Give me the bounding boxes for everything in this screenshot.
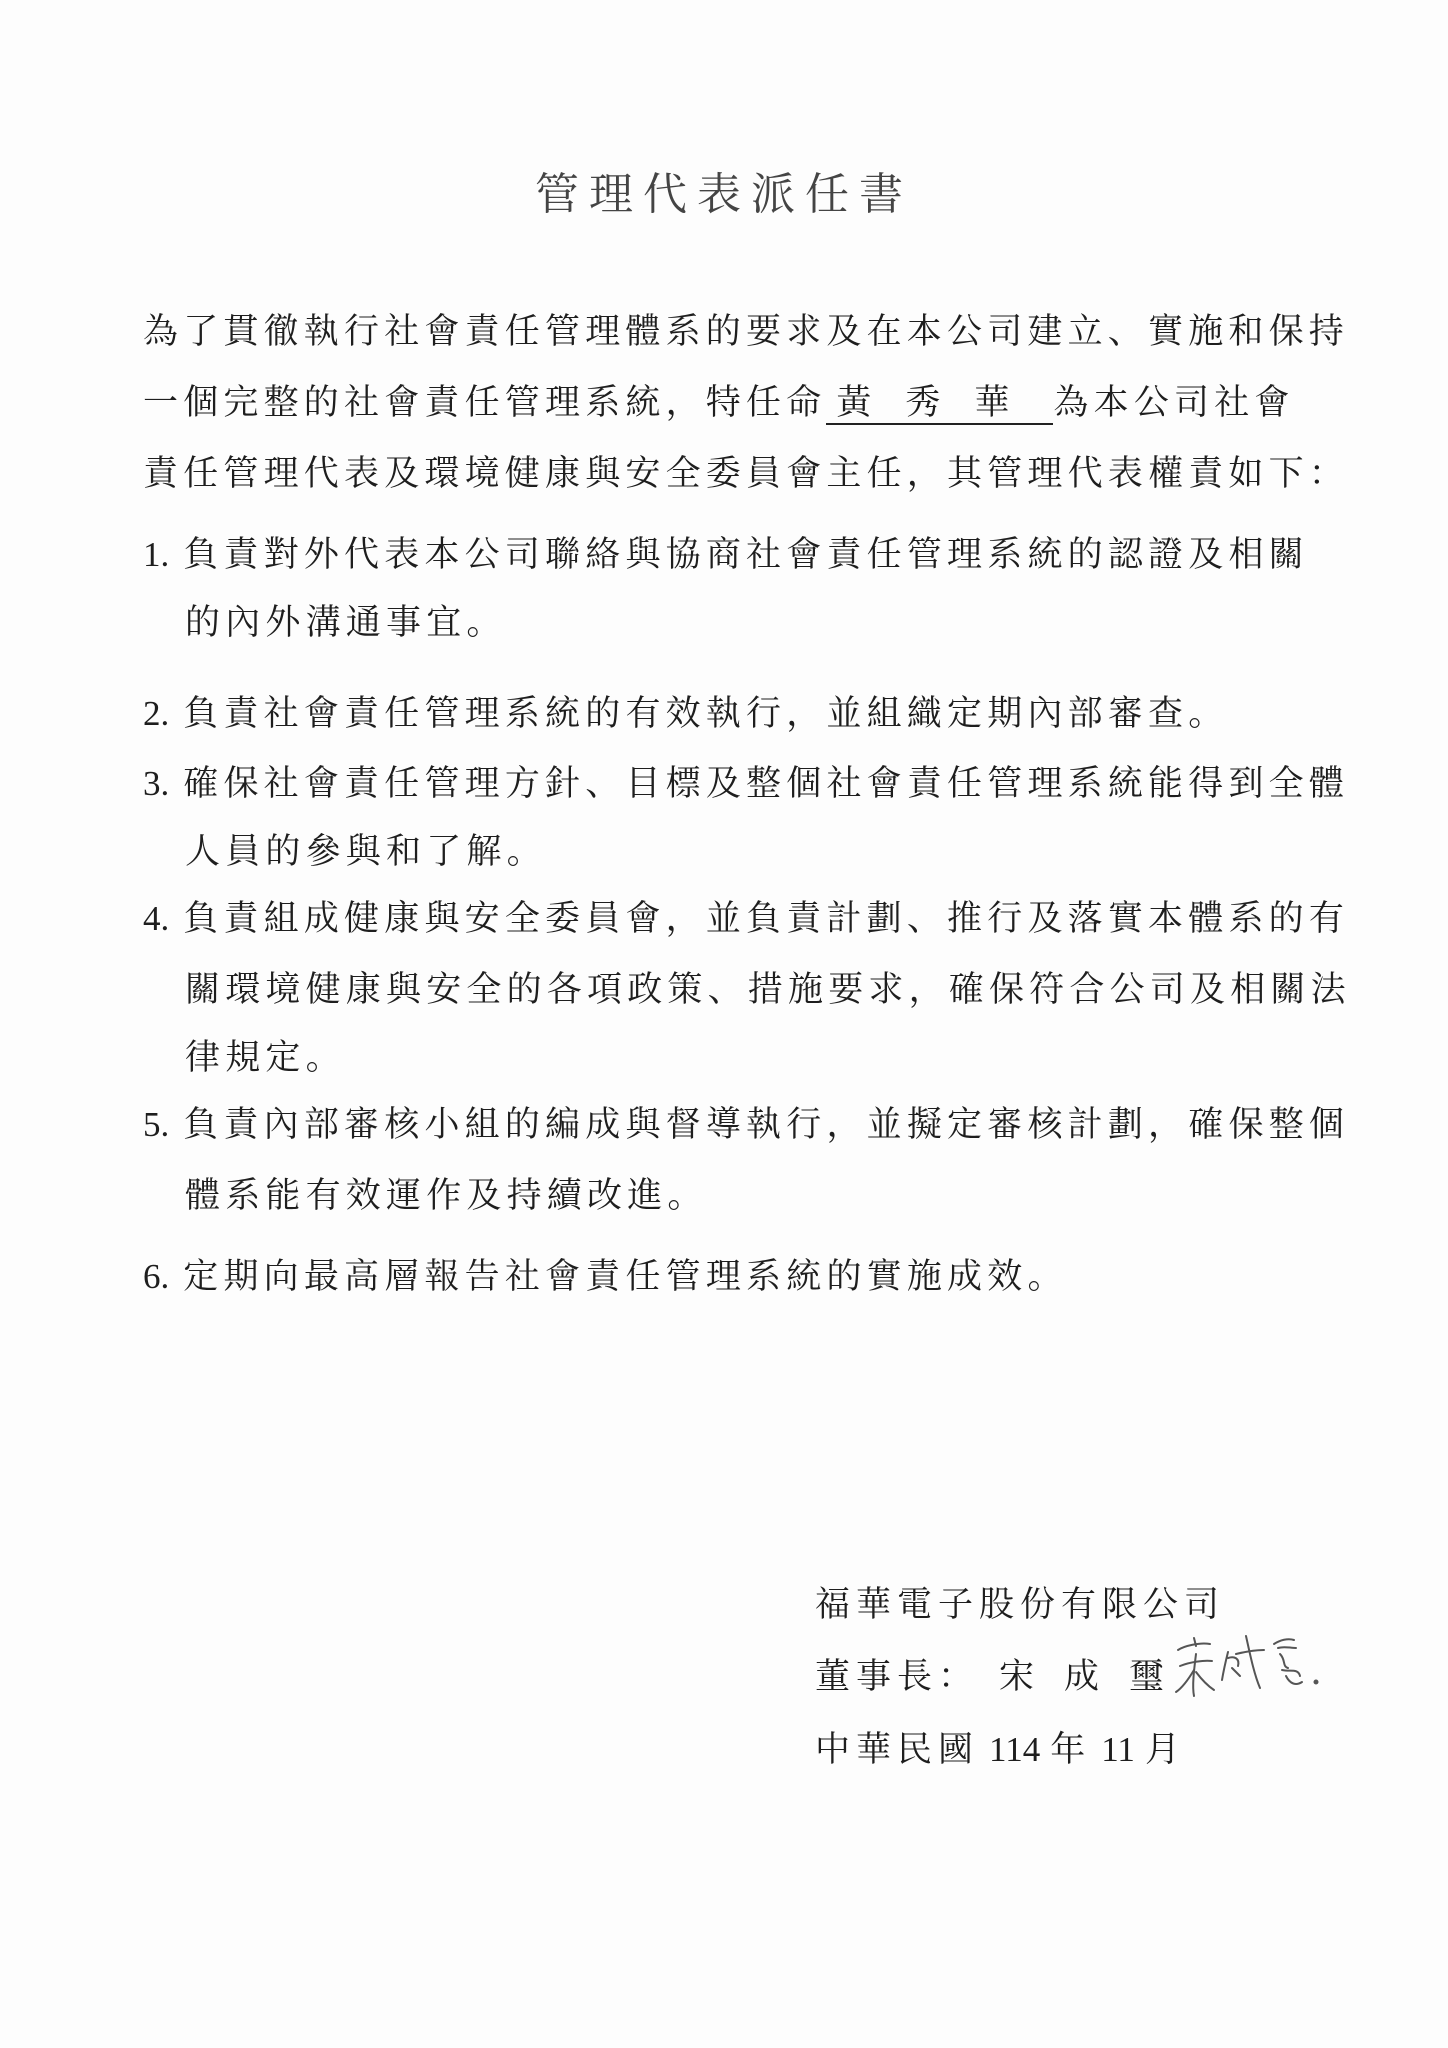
date-year-unit: 年 (1050, 1730, 1091, 1770)
list-item-line: 4.負責組成健康與安全委員會，並負責計劃、推行及落實本體系的有 (143, 897, 1349, 941)
chairman-label: 董事長： (815, 1657, 979, 1697)
company-name: 福華電子股份有限公司 (815, 1583, 1225, 1627)
item-text: 負責內部審核小組的編成與督導執行，並擬定審核計劃，確保整個 (183, 1105, 1349, 1145)
item-text: 負責組成健康與安全委員會，並負責計劃、推行及落實本體系的有 (183, 899, 1349, 939)
list-item-line: 的內外溝通事宜。 (185, 601, 507, 645)
appointee-name: 黃秀華 (826, 383, 1053, 425)
document-title: 管理代表派任書 (0, 158, 1448, 222)
item-text: 確保社會責任管理方針、目標及整個社會責任管理系統能得到全體 (183, 764, 1349, 804)
list-item-line: 1.負責對外代表本公司聯絡與協商社會責任管理系統的認證及相關 (143, 533, 1309, 577)
item-number: 5. (143, 1105, 169, 1144)
list-item-line: 律規定。 (185, 1036, 346, 1080)
list-item-line: 6.定期向最高層報告社會責任管理系統的實施成效。 (143, 1255, 1068, 1299)
date-year: 114 (989, 1730, 1040, 1769)
item-number: 2. (143, 694, 169, 733)
list-item-line: 體系能有效運作及持續改進。 (185, 1174, 708, 1218)
item-text: 定期向最高層報告社會責任管理系統的實施成效。 (183, 1257, 1067, 1297)
item-number: 4. (143, 899, 169, 938)
intro-line-2: 一個完整的社會責任管理系統，特任命黃秀華為本公司社會 (143, 381, 1295, 425)
chairman-name: 宋成璽 (999, 1657, 1194, 1697)
intro-line-2-before: 一個完整的社會責任管理系統，特任命 (143, 383, 826, 423)
item-number: 1. (143, 535, 169, 574)
item-number: 3. (143, 764, 169, 803)
date-month: 11 (1101, 1730, 1135, 1769)
document-page: 管理代表派任書 為了貫徹執行社會責任管理體系的要求及在本公司建立、實施和保持 一… (0, 0, 1448, 2048)
item-number: 6. (143, 1257, 169, 1296)
intro-line-1: 為了貫徹執行社會責任管理體系的要求及在本公司建立、實施和保持 (143, 310, 1349, 354)
date-month-unit: 月 (1145, 1730, 1186, 1770)
chairman-line: 董事長：宋成璽 (815, 1655, 1194, 1699)
item-text: 負責社會責任管理系統的有效執行，並組織定期內部審查。 (183, 694, 1228, 734)
list-item-line: 關環境健康與安全的各項政策、措施要求，確保符合公司及相關法 (185, 968, 1351, 1012)
list-item-line: 2.負責社會責任管理系統的有效執行，並組織定期內部審查。 (143, 692, 1228, 736)
intro-line-3: 責任管理代表及環境健康與安全委員會主任，其管理代表權責如下： (143, 452, 1349, 496)
date-era: 中華民國 (815, 1730, 979, 1770)
list-item-line: 人員的參與和了解。 (185, 830, 547, 874)
list-item-line: 3.確保社會責任管理方針、目標及整個社會責任管理系統能得到全體 (143, 762, 1349, 806)
document-date: 中華民國114年11月 (815, 1728, 1186, 1772)
item-text: 負責對外代表本公司聯絡與協商社會責任管理系統的認證及相關 (183, 535, 1309, 575)
intro-line-2-after: 為本公司社會 (1053, 383, 1294, 423)
handwritten-signature-icon (1170, 1630, 1330, 1705)
list-item-line: 5.負責內部審核小組的編成與督導執行，並擬定審核計劃，確保整個 (143, 1103, 1349, 1147)
